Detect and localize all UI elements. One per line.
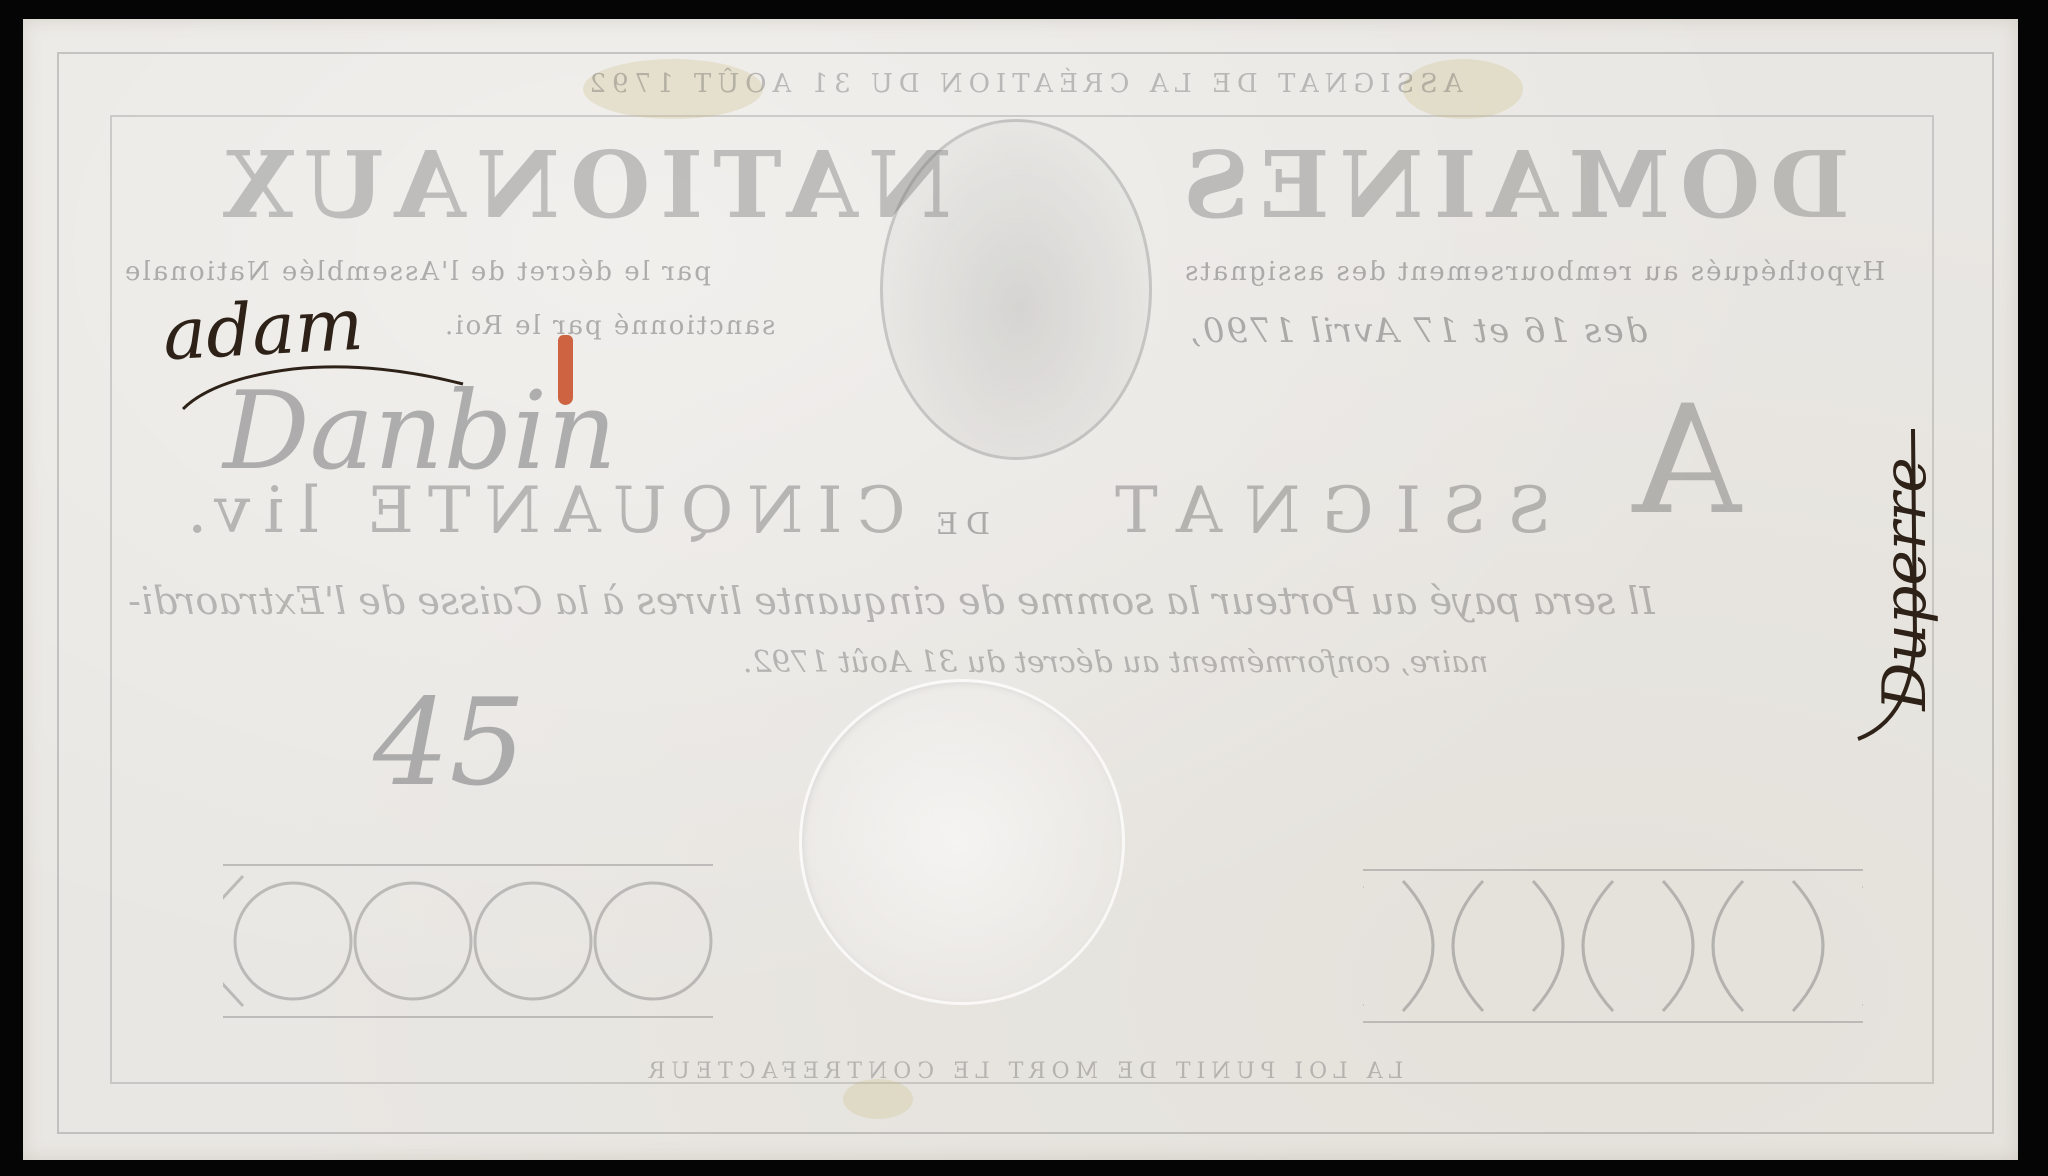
bottom-left-ornament [223, 864, 713, 1018]
pencil-number: 45 [373, 674, 526, 813]
title-domaines: DOMAINES [1173, 131, 1850, 239]
line2-right: par le décret de l'Assemblée Nationale [123, 257, 711, 287]
line3-left: des 16 et 17 Avril 1790, [1188, 311, 1647, 351]
line3-right: sanctionné par le Roi. [443, 311, 775, 341]
word-de: DE [928, 507, 990, 542]
word-assignat: SSIGNAT [1093, 474, 1551, 548]
bottom-right-ornament [1363, 869, 1863, 1023]
guilloche-pattern-icon [223, 866, 713, 1016]
clause-line-2: naire, conformément au décret du 31 Août… [743, 645, 1488, 680]
title-nationaux: NATIONAUX [213, 131, 952, 239]
clause-line-1: Il sera payé au Porteur la somme de cinq… [128, 579, 1655, 623]
top-text-band: ASSIGNAT DE LA CRÉATION DU 31 AOÛT 1792 [83, 69, 1963, 99]
big-initial-a: A [1633, 374, 1741, 548]
foxing-stain [843, 1079, 913, 1119]
top-portrait-medallion: Portrait of Louis XVI (show-through) [880, 119, 1152, 460]
embossed-seal-medallion: Embossed dry seal with royal portrait [799, 679, 1125, 1005]
line2-left: Hypothéqués au remboursement des assigna… [1183, 257, 1885, 287]
signature-stroke-icon [1853, 419, 1933, 759]
pencil-name-danbin: Danbin [223, 369, 617, 494]
banknote-paper: ASSIGNAT DE LA CRÉATION DU 31 AOÛT 1792 … [23, 19, 2018, 1160]
guilloche-pattern-icon [1363, 871, 1863, 1021]
bottom-text-band: LA LOI PUNIT DE MORT LE CONTREFACTEUR [83, 1059, 1963, 1084]
